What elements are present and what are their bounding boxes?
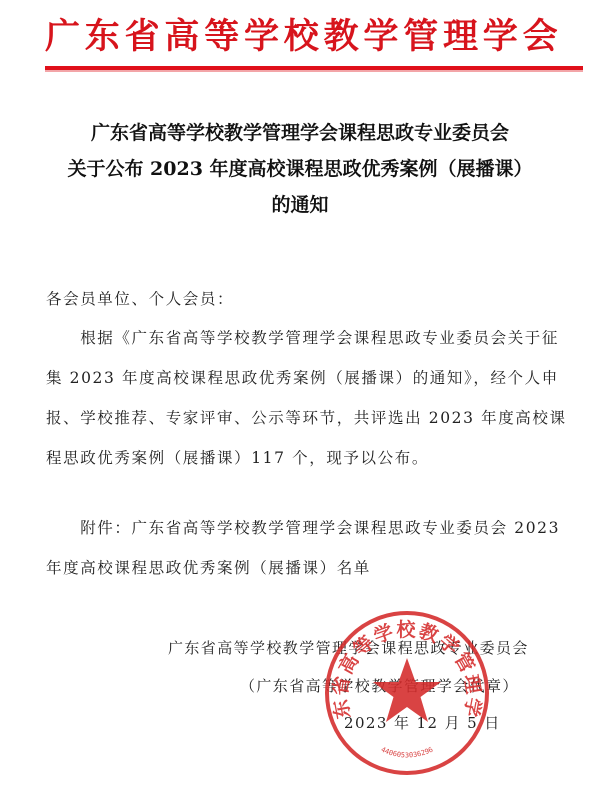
notice-title-line-2: 关于公布 2023 年度高校课程思政优秀案例（展播课）	[0, 151, 600, 187]
paragraph-line: 程思政优秀案例（展播课）117 个，现予以公布。	[46, 445, 566, 471]
star-icon	[373, 658, 441, 722]
seal-serial-number: 4406053036296	[380, 746, 435, 760]
official-seal: 广东省高等学校教学管理学会 4406053036296	[322, 608, 492, 778]
notice-title-line-3: 的通知	[0, 187, 600, 223]
letterhead-red-rule	[45, 66, 583, 70]
salutation: 各会员单位、个人会员：	[46, 286, 566, 312]
paragraph-line: 报、学校推荐、专家评审、公示等环节，共评选出 2023 年度高校课	[46, 405, 566, 431]
svg-text:4406053036296: 4406053036296	[380, 746, 435, 760]
letterhead-organization: 广东省高等学校教学管理学会	[45, 12, 585, 62]
attachment-line: 附件：广东省高等学校教学管理学会课程思政专业委员会 2023	[46, 515, 566, 541]
paragraph-line: 根据《广东省高等学校教学管理学会课程思政专业委员会关于征	[46, 325, 566, 351]
paragraph-line: 集 2023 年度高校课程思政优秀案例（展播课）的通知》，经个人申	[46, 365, 566, 391]
notice-title-line-1: 广东省高等学校教学管理学会课程思政专业委员会	[0, 115, 600, 151]
seal-graphic: 广东省高等学校教学管理学会 4406053036296	[322, 608, 492, 778]
attachment-line: 年度高校课程思政优秀案例（展播课）名单	[46, 555, 566, 581]
